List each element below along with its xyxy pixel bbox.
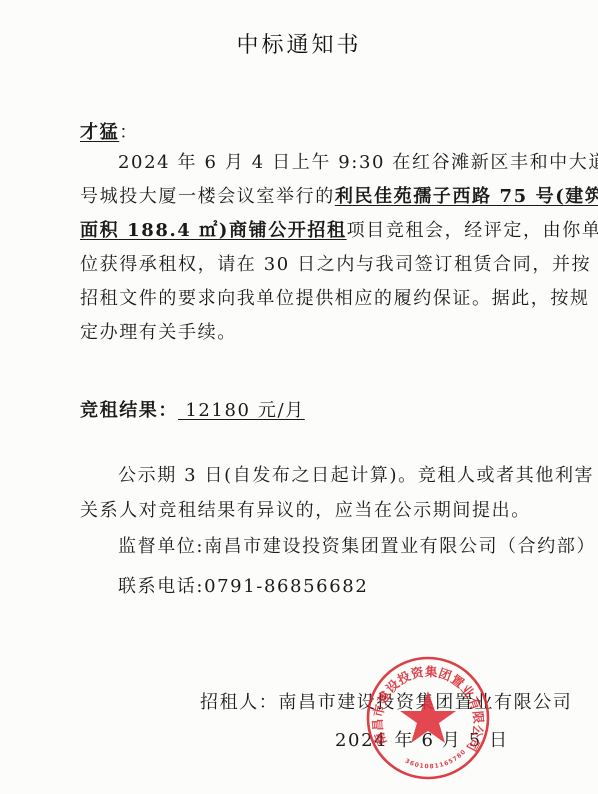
result-line: 竞租结果： 12180 元/月 [80,400,305,422]
paragraph1-line5: 招租文件的要求向我单位提供相应的履约保证。据此，按规 [80,288,590,310]
company-seal-icon: 南昌市建设投资集团置业有限公司 3601081165780 [365,655,491,781]
paragraph1-line6: 定办理有关手续。 [80,322,237,344]
result-label: 竞租结果： [80,400,178,421]
venue-text: 号城投大厦一楼会议室举行的 [80,186,335,207]
evaluation-text: 项目竞租会，经评定，由你单 [347,220,598,241]
recipient-line: 才猛： [80,122,139,144]
result-value: 12180 元/月 [178,400,305,421]
date-line: 2024 年 6 月 5 日 [335,730,509,752]
paragraph1-line4: 位获得承租权，请在 30 日之内与我司签订租赁合同，并按 [80,254,591,276]
paragraph2-line1: 公示期 3 日(自发布之日起计算)。竞租人或者其他利害 [118,465,594,487]
paragraph1-line1: 2024 年 6 月 4 日上午 9:30 在红谷滩新区丰和中大道 456 [118,152,598,174]
paragraph1-line2: 号城投大厦一楼会议室举行的利民佳苑孺子西路 75 号(建筑 [80,186,598,208]
paragraph2-line2: 关系人对竞租结果有异议的，应当在公示期间提出。 [80,500,531,522]
supervisor-line: 监督单位:南昌市建设投资集团置业有限公司（合约部） [118,536,596,558]
property-name: 利民佳苑孺子西路 75 号(建筑 [335,186,598,207]
recipient-colon: ： [119,122,139,143]
recipient-name: 才猛 [80,122,119,143]
paragraph1-line3: 面积 188.4 ㎡)商铺公开招租项目竞租会，经评定，由你单 [80,220,598,242]
contact-line: 联系电话:0791-86856682 [118,576,368,598]
property-area: 面积 188.4 ㎡)商铺公开招租 [80,220,347,241]
lessor-line: 招租人：南昌市建设投资集团置业有限公司 [200,692,572,714]
page-title: 中标通知书 [0,28,598,59]
